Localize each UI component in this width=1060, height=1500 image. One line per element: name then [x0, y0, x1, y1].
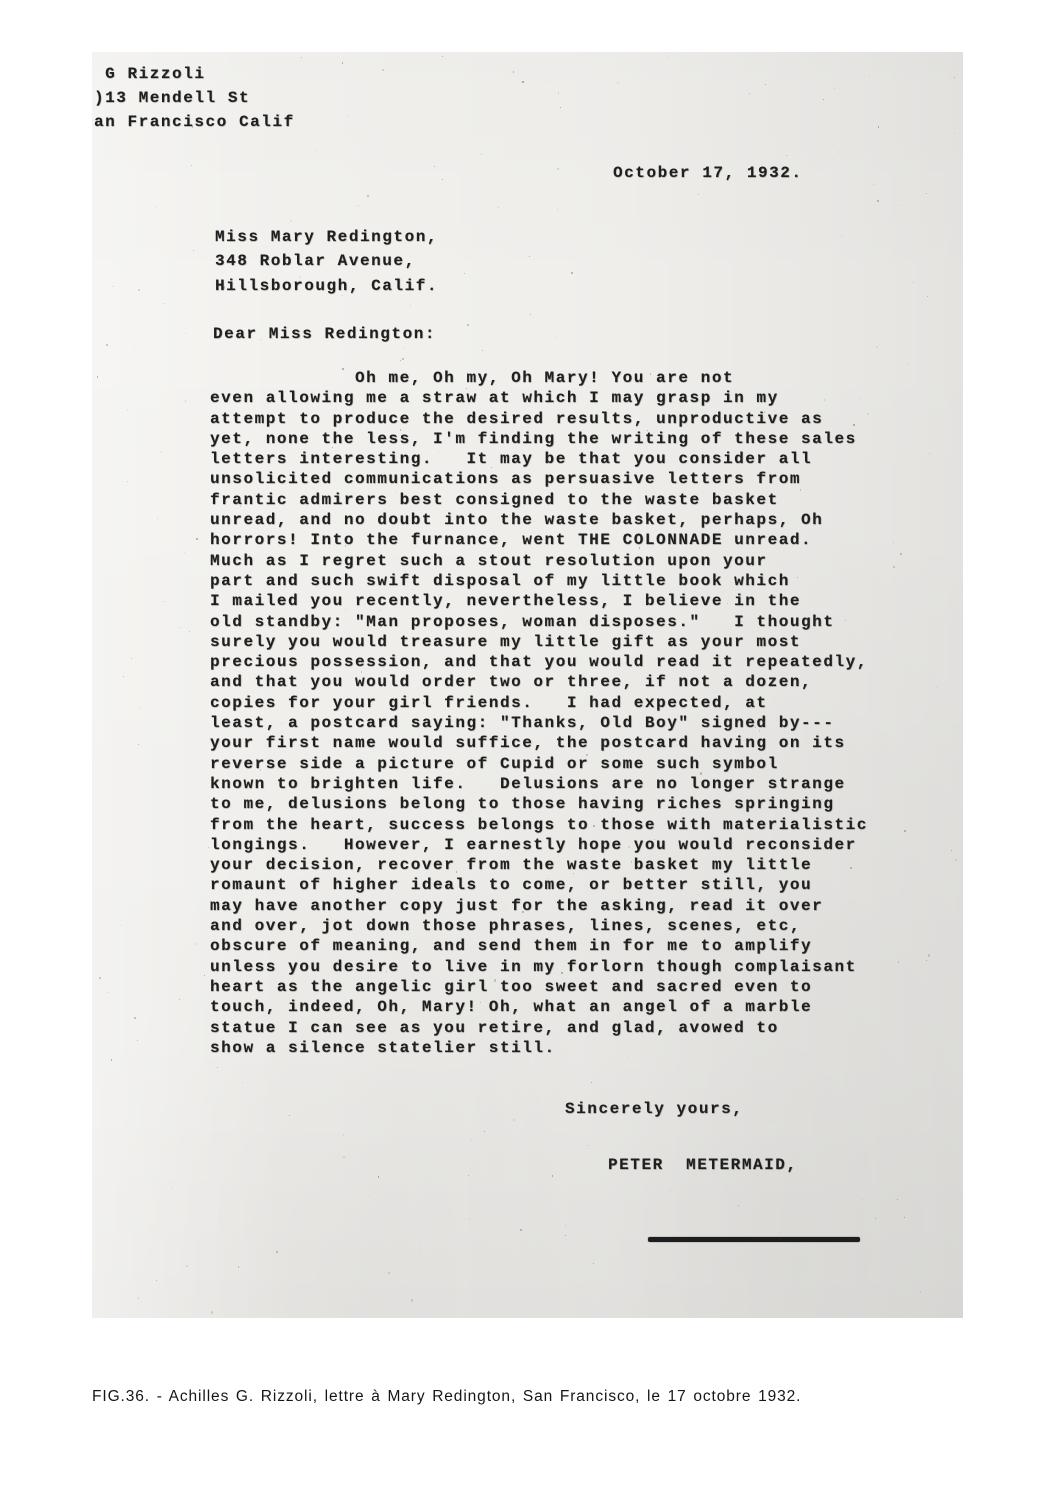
text-line: surely you would treasure my little gift… — [210, 632, 868, 652]
text-line: unless you desire to live in my forlorn … — [210, 957, 868, 977]
text-line: even allowing me a straw at which I may … — [210, 388, 868, 408]
text-line: show a silence statelier still. — [210, 1038, 868, 1058]
text-line: Hillsborough, Calif. — [215, 274, 438, 298]
text-line: precious possession, and that you would … — [210, 652, 868, 672]
closing-line: Sincerely yours, — [565, 1100, 743, 1118]
text-line: unread, and no doubt into the waste bask… — [210, 510, 868, 530]
recipient-address-block: Miss Mary Redington,348 Roblar Avenue,Hi… — [215, 225, 438, 298]
text-line: romaunt of higher ideals to come, or bet… — [210, 875, 868, 895]
text-line: yet, none the less, I'm finding the writ… — [210, 429, 868, 449]
text-line: copies for your girl friends. I had expe… — [210, 693, 868, 713]
text-line: may have another copy just for the askin… — [210, 896, 868, 916]
text-line: your first name would suffice, the postc… — [210, 733, 868, 753]
text-line: part and such swift disposal of my littl… — [210, 571, 868, 591]
signature-rule — [648, 1237, 860, 1242]
text-line: 348 Roblar Avenue, — [215, 249, 438, 273]
text-line: Oh me, Oh my, Oh Mary! You are not — [210, 368, 868, 388]
text-line: G Rizzoli — [94, 62, 295, 86]
text-line: letters interesting. It may be that you … — [210, 449, 868, 469]
scanned-letter-page: G Rizzoli)13 Mendell Stan Francisco Cali… — [92, 52, 963, 1318]
text-line: Much as I regret such a stout resolution… — [210, 551, 868, 571]
text-line: an Francisco Calif — [94, 110, 295, 134]
text-line: horrors! Into the furnance, went THE COL… — [210, 530, 868, 550]
text-line: statue I can see as you retire, and glad… — [210, 1018, 868, 1038]
text-line: )13 Mendell St — [94, 86, 295, 110]
text-line: frantic admirers best consigned to the w… — [210, 490, 868, 510]
text-line: and that you would order two or three, i… — [210, 672, 868, 692]
text-line: from the heart, success belongs to those… — [210, 815, 868, 835]
sender-address-block: G Rizzoli)13 Mendell Stan Francisco Cali… — [94, 62, 295, 134]
text-line: heart as the angelic girl too sweet and … — [210, 977, 868, 997]
text-line: Miss Mary Redington, — [215, 225, 438, 249]
date-line: October 17, 1932. — [613, 164, 803, 182]
text-line: attempt to produce the desired results, … — [210, 409, 868, 429]
text-line: your decision, recover from the waste ba… — [210, 855, 868, 875]
text-line: touch, indeed, Oh, Mary! Oh, what an ang… — [210, 997, 868, 1017]
figure-caption: FIG.36. - Achilles G. Rizzoli, lettre à … — [92, 1388, 801, 1406]
text-line: obscure of meaning, and send them in for… — [210, 936, 868, 956]
text-line: reverse side a picture of Cupid or some … — [210, 754, 868, 774]
text-line: least, a postcard saying: "Thanks, Old B… — [210, 713, 868, 733]
text-line: longings. However, I earnestly hope you … — [210, 835, 868, 855]
text-line: to me, delusions belong to those having … — [210, 794, 868, 814]
salutation: Dear Miss Redington: — [213, 325, 436, 343]
text-line: I mailed you recently, nevertheless, I b… — [210, 591, 868, 611]
text-line: known to brighten life. Delusions are no… — [210, 774, 868, 794]
signature-name: PETER METERMAID, — [608, 1156, 798, 1174]
figure-page: G Rizzoli)13 Mendell Stan Francisco Cali… — [0, 0, 1060, 1500]
letter-body: Oh me, Oh my, Oh Mary! You are noteven a… — [210, 368, 868, 1058]
text-line: old standby: "Man proposes, woman dispos… — [210, 612, 868, 632]
text-line: and over, jot down those phrases, lines,… — [210, 916, 868, 936]
text-line: unsolicited communications as persuasive… — [210, 469, 868, 489]
